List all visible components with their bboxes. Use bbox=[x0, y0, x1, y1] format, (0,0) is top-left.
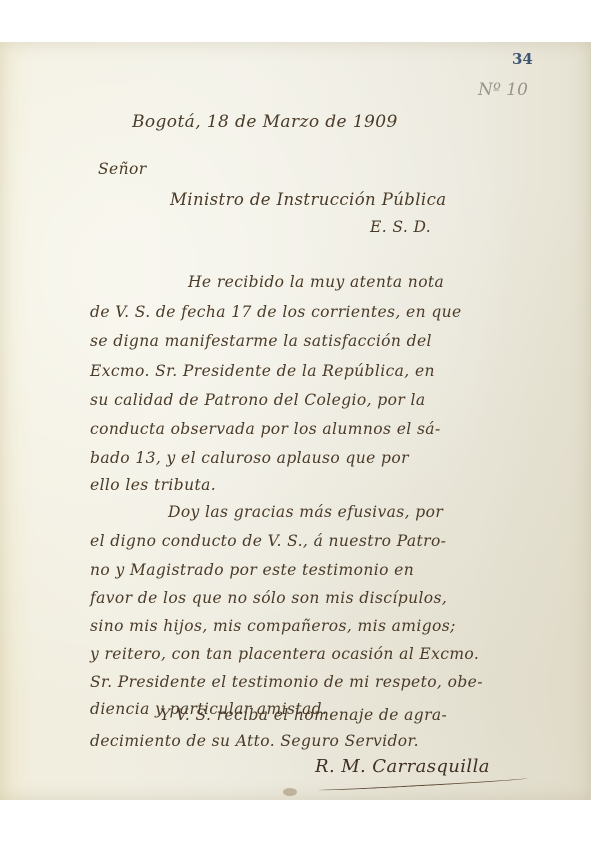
body-line: no y Magistrado por este testimonio en bbox=[90, 561, 414, 579]
ink-stain bbox=[283, 788, 297, 796]
body-line: sino mis hijos, mis compañeros, mis amig… bbox=[90, 617, 456, 635]
body-line: su calidad de Patrono del Colegio, por l… bbox=[90, 391, 425, 409]
body-line: bado 13, y el caluroso aplauso que por bbox=[90, 449, 409, 467]
body-line: y reitero, con tan placentera ocasión al… bbox=[90, 645, 479, 663]
signature: R. M. Carrasquilla bbox=[315, 756, 490, 777]
body-line: se digna manifestarme la satisfacción de… bbox=[90, 332, 432, 350]
place-date: Bogotá, 18 de Marzo de 1909 bbox=[132, 112, 398, 132]
body-line: el digno conducto de V. S., á nuestro Pa… bbox=[90, 532, 446, 550]
body-line: Excmo. Sr. Presidente de la República, e… bbox=[90, 362, 435, 380]
addressee-line1: Ministro de Instrucción Pública bbox=[170, 190, 446, 209]
body-line: Doy las gracias más efusivas, por bbox=[168, 503, 443, 521]
body-line: Sr. Presidente el testimonio de mi respe… bbox=[90, 673, 483, 691]
salutation: Señor bbox=[98, 160, 147, 178]
folio-stamp: 34 bbox=[512, 50, 533, 68]
body-line: He recibido la muy atenta nota bbox=[188, 273, 444, 291]
body-line: ello les tributa. bbox=[90, 476, 216, 494]
body-line: de V. S. de fecha 17 de los corrientes, … bbox=[90, 303, 462, 321]
body-line: Y V. S. reciba el homenaje de agra- bbox=[160, 706, 447, 724]
body-line: decimiento de su Atto. Seguro Servidor. bbox=[90, 732, 419, 750]
body-line: favor de los que no sólo son mis discípu… bbox=[90, 589, 447, 607]
body-line: conducta observada por los alumnos el sá… bbox=[90, 420, 441, 438]
archive-number: Nº 10 bbox=[478, 80, 528, 100]
addressee-line2: E. S. D. bbox=[370, 218, 431, 236]
